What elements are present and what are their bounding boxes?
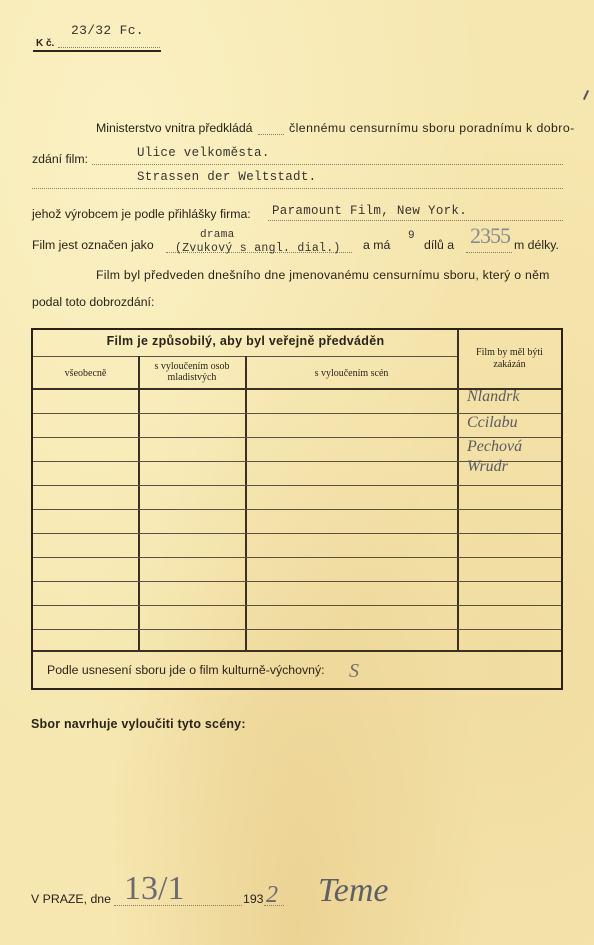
designation-label: Film jest označen jako	[32, 238, 154, 252]
intro-line1-end: člennému censurnímu sboru poradnímu k do…	[289, 121, 575, 135]
row-line	[33, 605, 561, 606]
col-divider-3	[457, 330, 459, 650]
row-line	[33, 533, 561, 534]
assessment-table: Film je způsobilý, aby byl veřejně předv…	[31, 328, 563, 690]
film-title-german: Strassen der Weltstadt.	[137, 170, 316, 184]
length-line	[466, 252, 512, 253]
intro-line1-start: Ministerstvo vnitra předkládá	[96, 121, 253, 135]
member-count-blank	[258, 134, 284, 135]
col-header-mladistvych-2: mladistvých	[139, 372, 245, 383]
producer-label: jehož výrobcem je podle přihlášky firma:	[32, 207, 251, 221]
signature-1: Nlandrk	[467, 388, 519, 406]
length-unit: m délky.	[514, 238, 559, 252]
date-handwritten: 13/1	[124, 870, 184, 908]
table-body-bottom	[33, 650, 561, 652]
cultural-film-label: Podle usnesení sboru jde o film kulturně…	[47, 663, 325, 677]
col-header-sceny: s vyloučením scén	[246, 368, 457, 379]
signature-3: Pechová	[467, 438, 522, 456]
row-line	[33, 485, 561, 486]
producer-value: Paramount Film, New York.	[272, 204, 467, 218]
col-header-zakazan-2: zakázán	[458, 359, 561, 370]
margin-mark	[583, 90, 589, 100]
year-suffix: 2	[266, 882, 278, 909]
producer-line	[268, 220, 563, 221]
film-title-czech: Ulice velkoměsta.	[137, 146, 270, 160]
film-label: zdání film:	[32, 152, 88, 166]
cultural-film-value: S	[349, 660, 359, 683]
row-line	[33, 581, 561, 582]
reference-number: 23/32 Fc.	[71, 23, 144, 38]
signature-4: Wrudr	[467, 458, 508, 476]
parts-count: 9	[408, 230, 415, 242]
reference-dotted-line	[58, 47, 160, 48]
reference-rule	[33, 50, 161, 52]
row-line	[33, 509, 561, 510]
screening-line1: Film byl předveden dnešního dne jmenovan…	[96, 268, 550, 282]
screening-line2: podal toto dobrozdání:	[32, 295, 154, 309]
a-ma-text: a má	[363, 238, 390, 252]
year-prefix: 193	[243, 892, 264, 906]
signature-2: Ccilabu	[467, 414, 518, 432]
col-header-vseobecne: všeobecně	[33, 368, 138, 379]
film-title-de-line	[32, 188, 563, 189]
col-header-zakazan-1: Film by měl býti	[458, 347, 561, 358]
genre-value: drama	[200, 229, 235, 241]
row-line	[33, 557, 561, 558]
dilu-a-text: dílů a	[424, 238, 454, 252]
film-title-line	[92, 164, 563, 165]
reference-label: K č.	[36, 38, 54, 49]
genre-note: (Zvukový s angl. dial.)	[175, 242, 341, 255]
place-date-label: V PRAZE, dne	[31, 892, 111, 906]
col-header-mladistvych-1: s vyloučením osob	[139, 361, 245, 372]
official-signature: Teme	[318, 872, 389, 910]
row-line	[33, 629, 561, 630]
scenes-heading: Sbor navrhuje vyloučiti tyto scény:	[31, 717, 246, 731]
length-value: 2355	[470, 223, 510, 249]
table-title: Film je způsobilý, aby byl veřejně předv…	[33, 334, 458, 348]
